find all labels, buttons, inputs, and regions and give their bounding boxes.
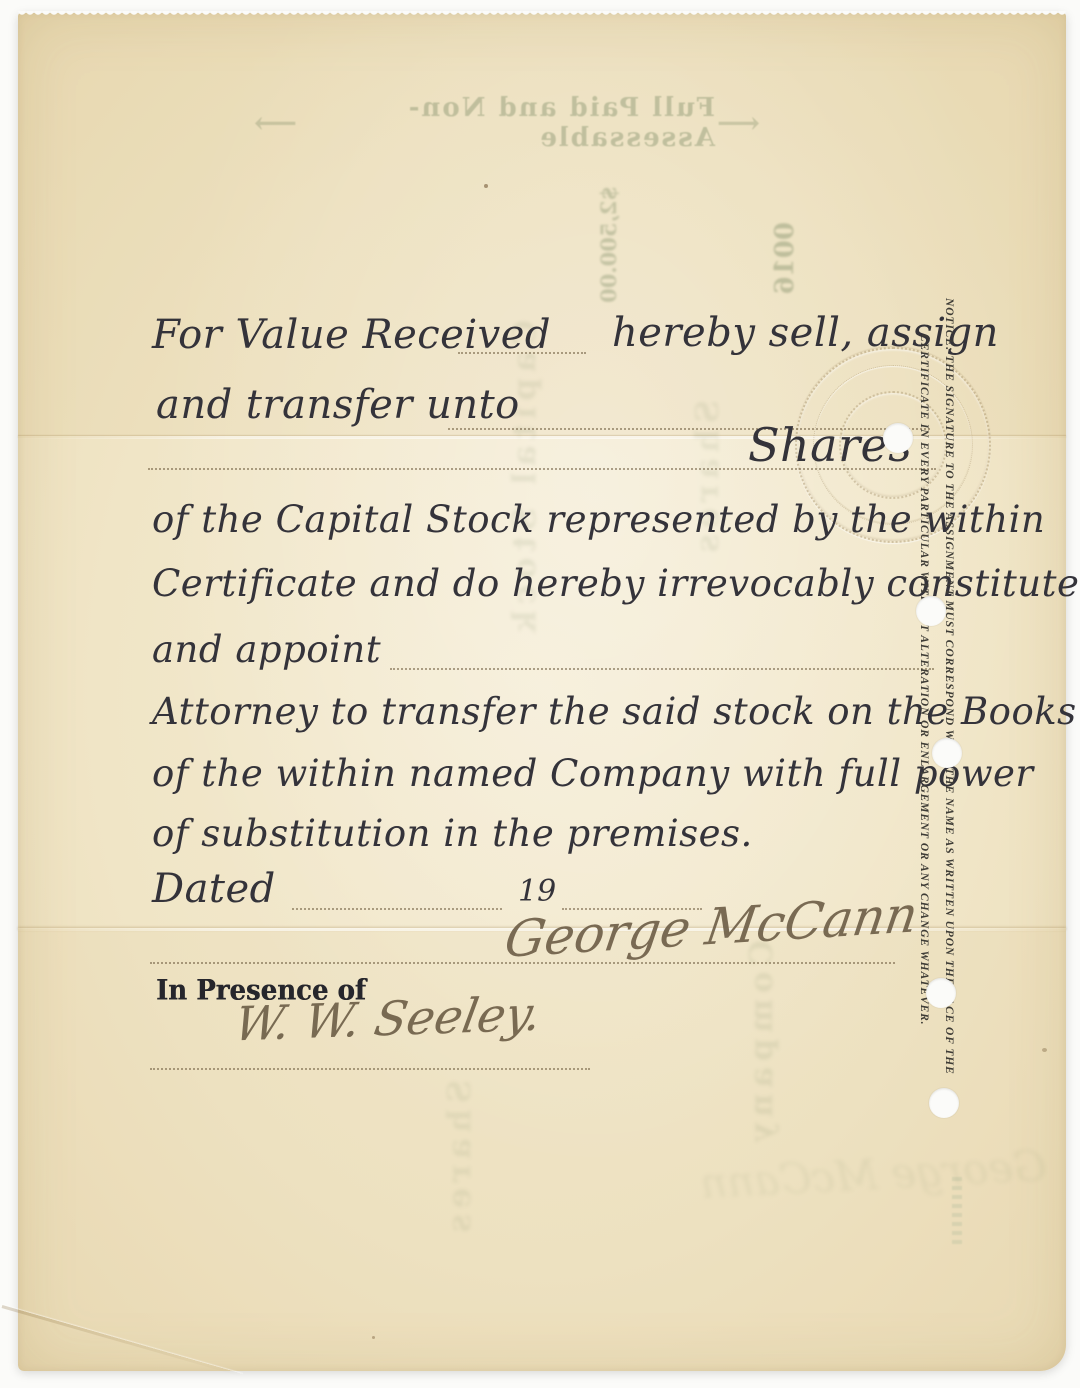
punch-hole bbox=[932, 738, 962, 768]
notice-text-line2: CERTIFICATE IN EVERY PARTICULAR WITHOUT … bbox=[918, 334, 930, 1025]
scanned-stock-certificate-back: ⟵ Full Paid and Non-Assessable ⟶ $2,500.… bbox=[0, 0, 1080, 1388]
punch-hole bbox=[883, 423, 913, 453]
company-line: of the within named Company with full po… bbox=[152, 752, 1034, 795]
dated-label: Dated bbox=[152, 866, 276, 912]
perforated-top-edge bbox=[18, 11, 1066, 20]
attorney-name-blank bbox=[390, 668, 934, 670]
substitution-line: of substitution in the premises. bbox=[152, 812, 753, 855]
foxing-speck bbox=[1042, 1048, 1047, 1052]
assignor-signature-line bbox=[150, 962, 895, 964]
punch-hole bbox=[916, 596, 946, 626]
witness-signature-line bbox=[150, 1068, 590, 1070]
punch-hole bbox=[926, 978, 956, 1008]
attorney-line: Attorney to transfer the said stock on t… bbox=[152, 690, 1077, 733]
capital-stock-line: of the Capital Stock represented by the … bbox=[152, 498, 1045, 541]
appoint-line: and appoint bbox=[152, 628, 381, 671]
foxing-speck bbox=[372, 1336, 375, 1339]
punch-hole bbox=[929, 1088, 959, 1118]
transfer-unto-text: and transfer unto bbox=[156, 382, 520, 428]
sell-assign-text: hereby sell, assign bbox=[612, 310, 999, 356]
date-blank bbox=[292, 908, 502, 910]
notice-text-line1: NOTICE: THE SIGNATURE TO THE ASSIGNMENT … bbox=[943, 298, 955, 1075]
year-prefix: 19 bbox=[518, 874, 556, 909]
bleed-stamp-mark bbox=[952, 1172, 962, 1244]
foxing-speck bbox=[484, 184, 488, 188]
witness-signature: W. W. Seeley. bbox=[230, 986, 545, 1052]
assignee-name-blank bbox=[458, 352, 586, 354]
